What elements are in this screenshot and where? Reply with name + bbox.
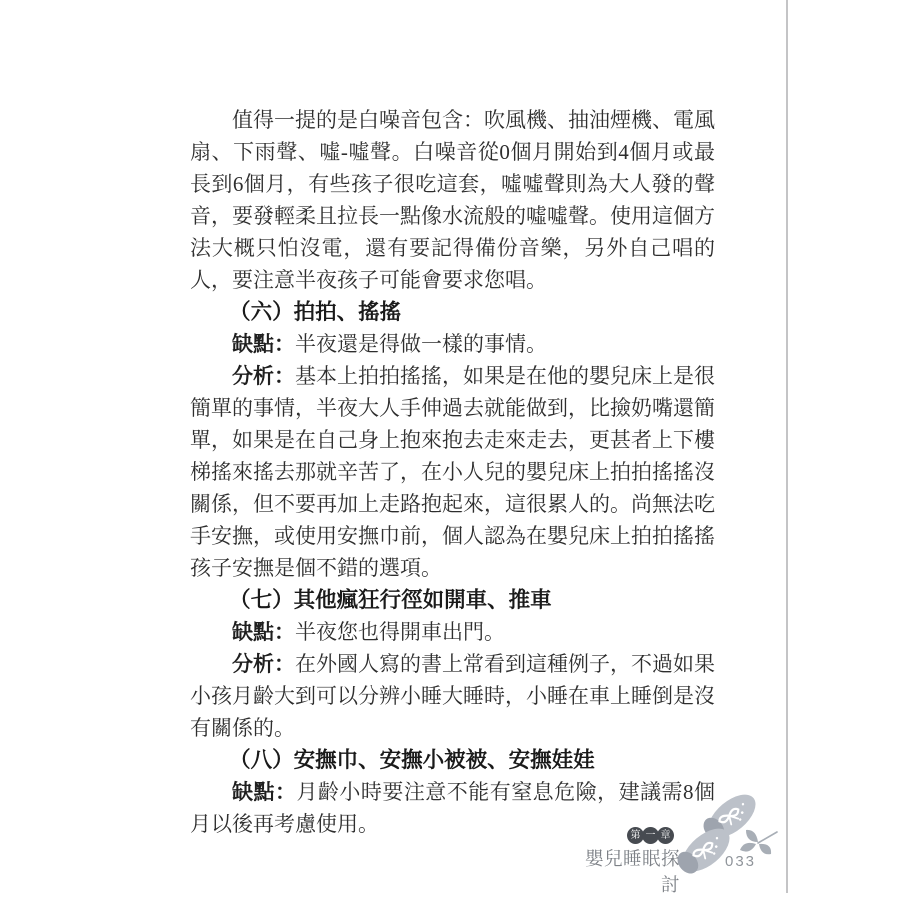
defect-label: 缺點： — [232, 620, 295, 644]
section-7-analysis: 分析：在外國人寫的書上常看到這種例子，不過如果小孩月齡大到可以分辨小睡大睡時，小… — [190, 648, 715, 744]
defect-label: 缺點： — [232, 332, 295, 356]
intro-paragraph: 值得一提的是白噪音包含：吹風機、抽油煙機、電風扇、下雨聲、噓-噓聲。白噪音從0個… — [190, 104, 715, 296]
section-6-analysis: 分析：基本上拍拍搖搖，如果是在他的嬰兒床上是很簡單的事情，半夜大人手伸過去就能做… — [190, 360, 715, 584]
section-7-defect: 缺點：半夜您也得開車出門。 — [190, 616, 715, 648]
page-number: 033 — [725, 853, 756, 870]
defect-text: 半夜還是得做一樣的事情。 — [295, 332, 547, 356]
section-heading-8: （八）安撫巾、安撫小被被、安撫娃娃 — [190, 744, 715, 776]
section-heading-7: （七）其他瘋狂行徑如開車、推車 — [190, 584, 715, 616]
leaf-icon — [740, 830, 777, 854]
section-6-defect: 缺點：半夜還是得做一樣的事情。 — [190, 328, 715, 360]
book-page: 值得一提的是白噪音包含：吹風機、抽油煙機、電風扇、下雨聲、噓-噓聲。白噪音從0個… — [0, 0, 900, 900]
defect-label: 缺點： — [232, 780, 296, 804]
page-body-text: 值得一提的是白噪音包含：吹風機、抽油煙機、電風扇、下雨聲、噓-噓聲。白噪音從0個… — [190, 104, 715, 840]
section-8-defect: 缺點：月齡小時要注意不能有窒息危險，建議需8個月以後再考慮使用。 — [190, 776, 715, 840]
defect-text: 半夜您也得開車出門。 — [295, 620, 505, 644]
analysis-label: 分析： — [232, 652, 295, 676]
analysis-label: 分析： — [232, 364, 295, 388]
page-edge-divider — [786, 0, 788, 893]
chapter-title: 嬰兒睡眠探討 — [570, 845, 680, 897]
analysis-text: 基本上拍拍搖搖，如果是在他的嬰兒床上是很簡單的事情，半夜大人手伸過去就能做到，比… — [190, 364, 715, 580]
section-heading-6: （六）拍拍、搖搖 — [190, 296, 715, 328]
